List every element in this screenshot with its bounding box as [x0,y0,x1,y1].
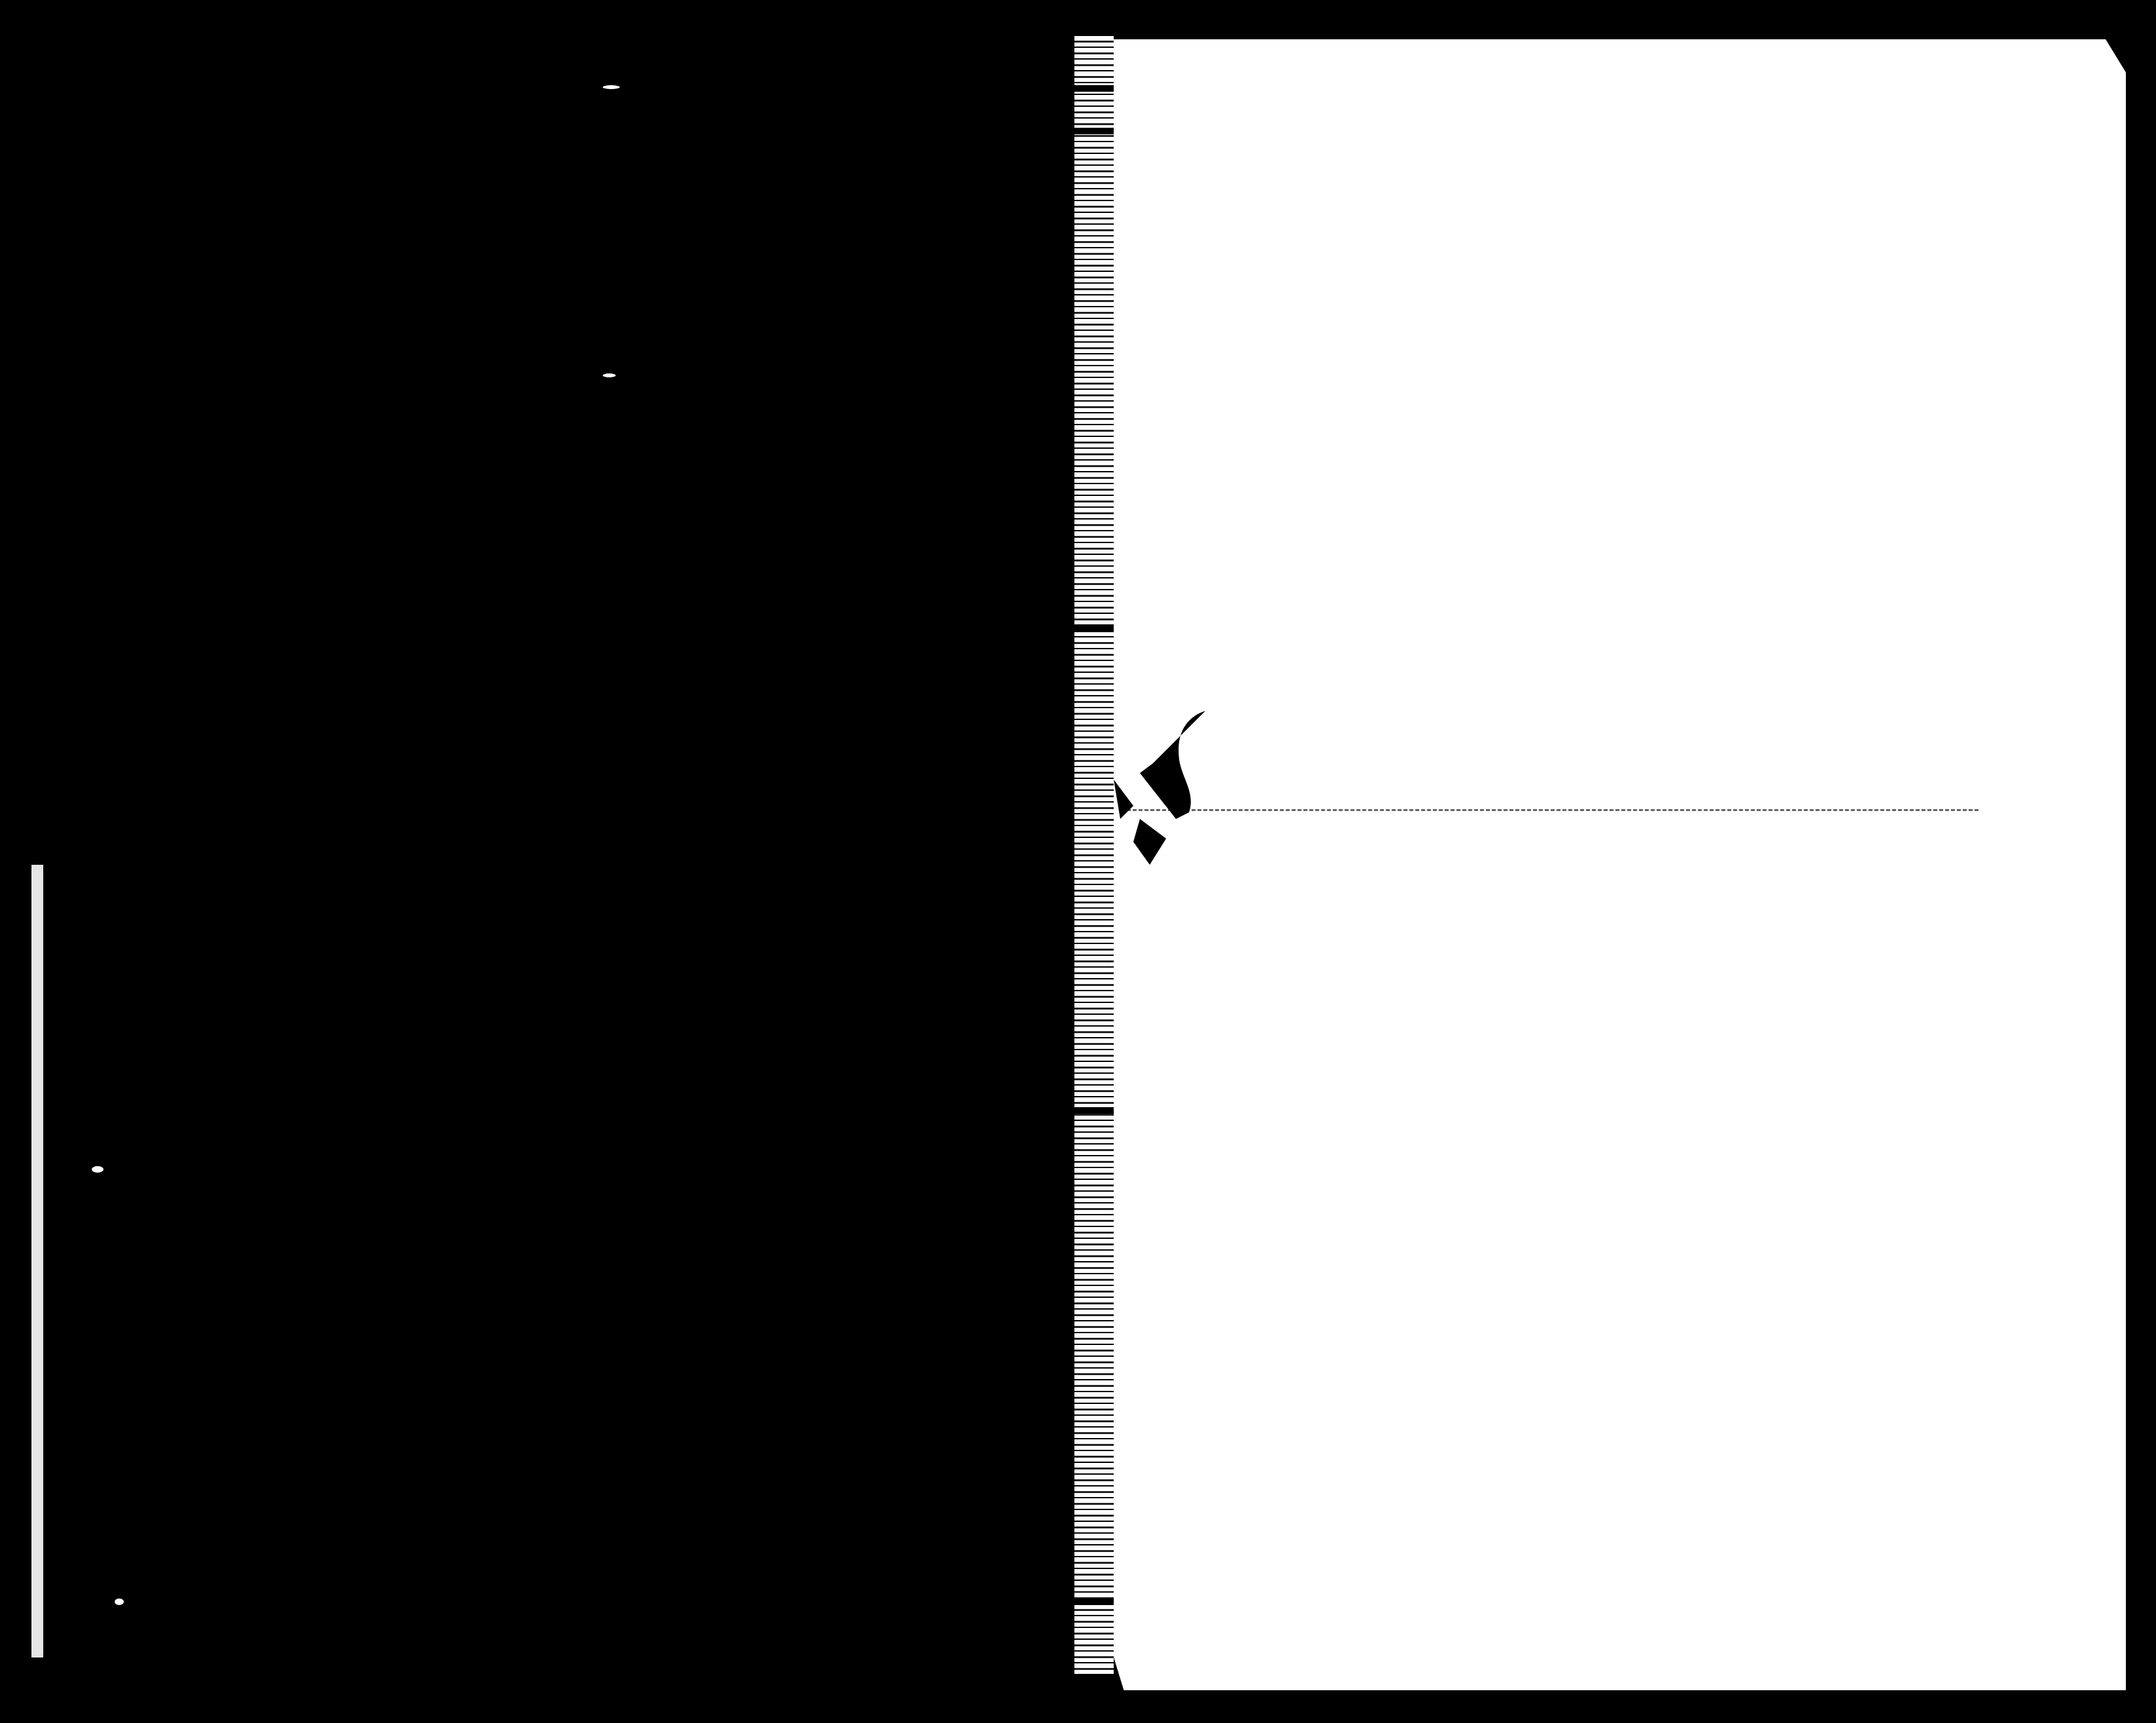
blank-page [1114,39,2126,1690]
binding-stitch [1071,85,1118,92]
binding-stitch [1071,128,1118,134]
book-cover [0,0,1061,1723]
scan-speck [92,1166,104,1173]
scan-speck [603,373,616,377]
binding-stitch [1071,1107,1118,1114]
scan-speck [603,85,620,89]
scan-speck [115,1599,124,1605]
handwritten-mark [1114,708,1212,871]
book-spine [1074,36,1114,1674]
binding-stitch [1071,1599,1118,1605]
fold-line [1127,809,1978,811]
binding-stitch [1071,626,1118,632]
cover-edge [31,865,43,1657]
